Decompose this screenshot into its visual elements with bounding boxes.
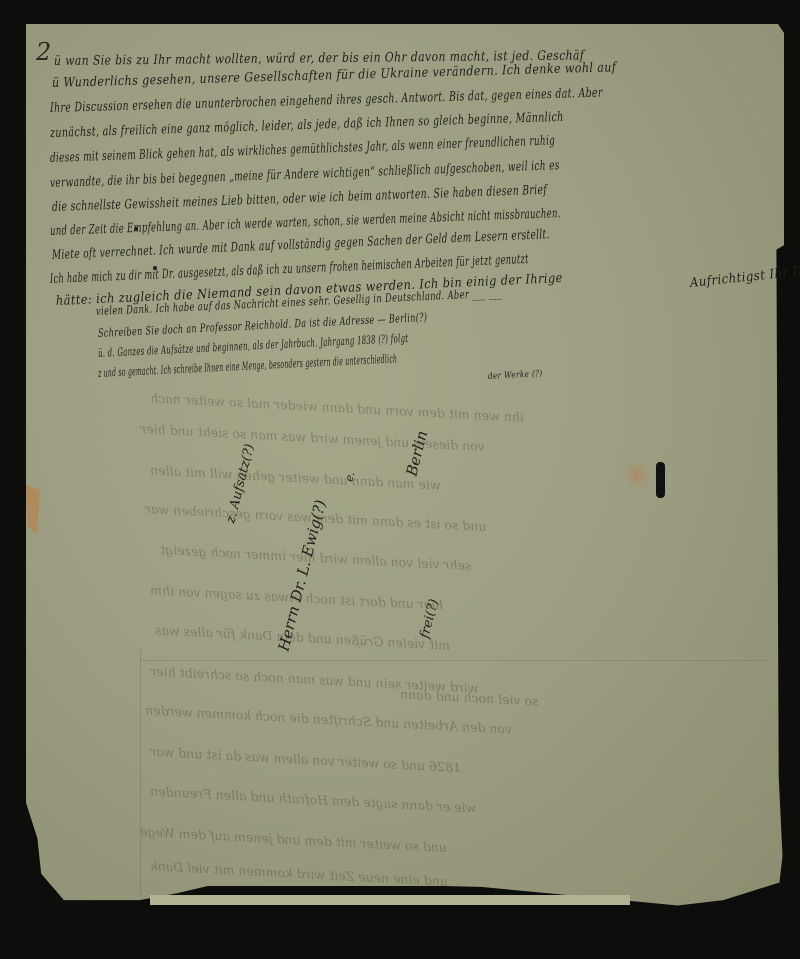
ink-spot — [153, 266, 157, 270]
page-number: 2 — [36, 38, 51, 66]
fold-line-vertical — [140, 650, 141, 895]
ink-spot — [134, 227, 138, 231]
ink-blot — [656, 462, 665, 498]
fold-line-horizontal — [140, 660, 770, 661]
folded-bottom-edge — [150, 895, 630, 905]
paper-stain — [622, 462, 652, 488]
